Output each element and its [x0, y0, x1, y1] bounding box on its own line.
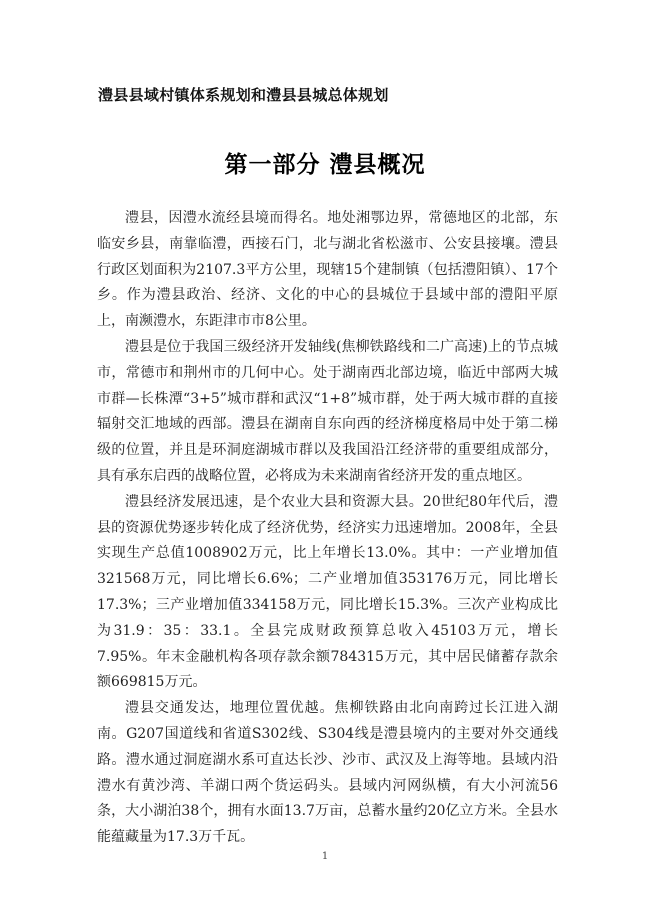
document-page: 澧县县域村镇体系规划和澧县县城总体规划 第一部分 澧县概况 澧县，因澧水流经县境… [0, 0, 650, 920]
body-text: 澧县，因澧水流经县境而得名。地处湘鄂边界，常德地区的北部，东临安乡县，南靠临澧，… [97, 206, 558, 851]
part-title: 第一部分 澧县概况 [0, 146, 650, 179]
paragraph-overview: 澧县，因澧水流经县境而得名。地处湘鄂边界，常德地区的北部，东临安乡县，南靠临澧，… [97, 206, 558, 335]
document-header: 澧县县域村镇体系规划和澧县县城总体规划 [98, 84, 389, 105]
paragraph-transport: 澧县交通发达，地理位置优越。焦柳铁路由北向南跨过长江进入湖南。G207国道线和省… [97, 696, 558, 851]
paragraph-economy: 澧县经济发展迅速，是个农业大县和资源大县。20世纪80年代后，澧县的资源优势逐步… [97, 490, 558, 696]
paragraph-location: 澧县是位于我国三级经济开发轴线(焦柳铁路线和二广高速)上的节点城市，常德市和荆州… [97, 335, 558, 490]
page-number: 1 [0, 851, 650, 862]
